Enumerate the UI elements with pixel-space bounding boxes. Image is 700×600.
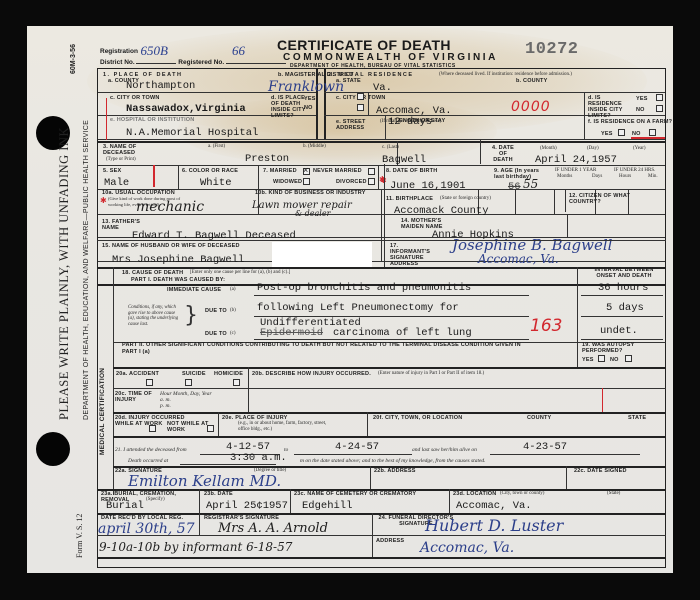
farm-red-mark — [631, 137, 665, 139]
residence-inside-yes-label: YES — [636, 96, 648, 102]
race-label: 6. COLOR OR RACE — [182, 168, 238, 174]
physician-address-label: 22b. ADDRESS — [374, 468, 416, 474]
autopsy-no-label: NO — [610, 357, 619, 363]
citizen-label: 12. CITIZEN OF WHAT COUNTRY? — [569, 193, 639, 205]
interval-a[interactable]: 36 hours — [598, 282, 648, 294]
attended-label: 21. I attended the deceased from — [115, 447, 187, 453]
funeral-address-label: ADDRESS — [376, 538, 404, 544]
agency-label: DEPARTMENT OF HEALTH, EDUCATION, AND WEL… — [83, 120, 90, 420]
cause-c-struck: Epidermoid — [260, 327, 323, 339]
registration-header: Registration District No. 650B Registere… — [100, 48, 286, 66]
residence-county-label: b. COUNTY — [516, 78, 547, 84]
business-label: 10b. KIND OF BUSINESS OR INDUSTRY — [255, 190, 366, 196]
autopsy-label: 19. WAS AUTOPSY PERFORMED? — [582, 342, 646, 354]
month-label: (Month) — [540, 146, 557, 152]
homicide-checkbox[interactable] — [233, 379, 240, 386]
burial-location[interactable]: Accomac, Va. — [456, 500, 532, 512]
registered-label: Registered No. — [178, 59, 224, 66]
describe-injury-label: 20b. DESCRIBE HOW INJURY OCCURRED. — [252, 371, 371, 377]
am-pm-label: a. m. p. m. — [160, 397, 174, 409]
suicide-checkbox[interactable] — [185, 379, 192, 386]
state-label: a. STATE — [336, 78, 361, 84]
binder-hole-bottom — [36, 432, 70, 466]
age-typed: 56 — [508, 181, 521, 193]
death-county[interactable]: Northampton — [126, 80, 195, 92]
marker-c: (c) — [230, 331, 236, 337]
amendment-note: 9-10a-10b by informant 6-18-57 — [99, 540, 292, 554]
death-occurred-label: Death occurred at — [128, 458, 168, 464]
burial-date[interactable]: April 25¢1957 — [206, 500, 288, 512]
marker-b: (b) — [230, 308, 236, 314]
married-checkbox[interactable] — [303, 168, 310, 175]
hours-label: Hours — [619, 174, 631, 180]
middle-name-label: b. (Middle) — [303, 144, 326, 150]
district-label: District No. — [100, 59, 135, 66]
business-line-2: & dealer — [295, 209, 330, 218]
funeral-address: Accomac, Va. — [420, 540, 514, 556]
last-name-label: c. (Last) — [382, 145, 399, 151]
form-code: 60M-3-56 — [70, 44, 77, 74]
min-label: Min. — [648, 174, 658, 180]
attended-to[interactable]: 4-24-57 — [335, 441, 379, 453]
birthplace[interactable]: Accomack County — [394, 205, 489, 217]
months-label: Months — [557, 174, 572, 180]
inside-city-no-checkbox[interactable] — [357, 104, 364, 111]
due-to-c-label: DUE TO — [205, 331, 227, 337]
homicide-label: HOMICIDE — [214, 371, 243, 377]
residence-inside-no-checkbox[interactable] — [656, 105, 663, 112]
city-label: c. CITY OR TOWN — [110, 95, 160, 101]
autopsy-no-checkbox[interactable] — [625, 355, 632, 362]
redacted-field — [272, 242, 372, 267]
funeral-director-signature[interactable]: Hubert D. Luster — [425, 516, 563, 535]
residence-inside-no-label: NO — [636, 107, 645, 113]
farm-no-checkbox[interactable] — [649, 129, 656, 136]
disposition-note: (Specify) — [146, 497, 165, 503]
physician-signature[interactable]: Emilton Kellam MD. — [128, 472, 281, 490]
informant-address: Accomac, Va. — [478, 252, 559, 266]
race-value[interactable]: White — [200, 177, 232, 189]
registrar-signature[interactable]: Mrs A. A. Arnold — [218, 521, 328, 536]
last-seen-label: and last saw her/him alive on — [412, 447, 477, 453]
cause-c-line-2[interactable]: carcinoma of left lung — [333, 327, 472, 339]
ink-instruction: PLEASE WRITE PLAINLY, WITH UNFADING INK — [57, 127, 72, 420]
inside-city-yes-checkbox[interactable] — [357, 93, 364, 100]
interval-c[interactable]: undet. — [600, 325, 638, 337]
residence-inside-yes-checkbox[interactable] — [656, 94, 663, 101]
birthplace-note: (State or foreign country) — [440, 196, 491, 202]
disposition[interactable]: Burial — [106, 500, 144, 512]
autopsy-yes-label: YES — [582, 357, 594, 363]
red-asterisk: ✱ — [100, 196, 107, 205]
date-of-death[interactable]: April 24,1957 — [535, 154, 617, 166]
death-city[interactable]: Nassawadox,Virginia — [126, 103, 246, 115]
last-name[interactable]: Bagwell — [382, 154, 426, 166]
sex-value[interactable]: Male — [104, 177, 129, 189]
farm-label: f. IS RESIDENCE ON A FARM? — [588, 119, 672, 125]
death-time[interactable]: 3:30 a.m. — [230, 452, 287, 464]
conditions-note: Conditions, if any, which gave rise to a… — [128, 305, 183, 327]
red-margin-mark — [106, 98, 107, 140]
accident-checkbox[interactable] — [146, 379, 153, 386]
burial-date-label: 23b. DATE — [204, 491, 233, 497]
date-of-death-label: 4. DATE OF DEATH — [489, 145, 517, 163]
days-label: Days — [592, 174, 602, 180]
residence-city-code: 0000 — [511, 99, 551, 115]
describe-injury-note: (Enter nature of injury in Part I or Par… — [378, 371, 484, 377]
part-2-label: PART II. OTHER SIGNIFICANT CONDITIONS CO… — [122, 342, 522, 355]
widowed-label: WIDOWED — [273, 179, 302, 185]
hospital-name[interactable]: N.A.Memorial Hospital — [126, 127, 258, 139]
day-label: (Day) — [587, 146, 599, 152]
inside-city-no-label: NO — [304, 105, 313, 111]
magisterial-district[interactable]: Franklown — [268, 79, 344, 95]
marker-a: (a) — [230, 287, 236, 293]
place-of-injury-note: (e.g., in or about home, farm, factory, … — [238, 421, 338, 432]
year-label: (Year) — [633, 146, 646, 152]
birth-date-label: 8. DATE OF BIRTH — [386, 168, 437, 174]
cemetery[interactable]: Edgehill — [302, 500, 352, 512]
under-day-label: IF UNDER 24 HRS. — [614, 168, 655, 174]
widowed-checkbox[interactable] — [303, 178, 310, 185]
birthplace-label: 11. BIRTHPLACE — [386, 196, 433, 202]
cause-note: [Enter only one cause per line for (a), … — [190, 270, 290, 276]
farm-yes-checkbox[interactable] — [618, 129, 625, 136]
medical-certification-label: MEDICAL CERTIFICATION — [99, 368, 106, 455]
cause-code: 163 — [530, 316, 562, 336]
jurisdiction: COMMONWEALTH OF VIRGINIA — [283, 52, 498, 63]
registered-number: 66 — [232, 47, 245, 54]
residence-inside-city-label: d. IS RESIDENCE INSIDE CITY LIMITS? — [588, 95, 636, 119]
under-year-label: IF UNDER 1 YEAR — [555, 168, 596, 174]
cause-a[interactable]: Post-op bronchitis and pneumonitis — [257, 282, 471, 294]
injury-city-label: 20f. CITY, TOWN, OR LOCATION — [373, 415, 462, 421]
not-at-work-checkbox[interactable] — [207, 425, 214, 432]
brace: } — [184, 306, 198, 326]
name-note: (Type or Print) — [106, 157, 136, 163]
spouse-label: 15. NAME OF HUSBAND OR WIFE OF DECEASED — [102, 243, 240, 249]
sex-label: 5. SEX — [103, 168, 121, 174]
divorced-label: DIVORCED — [336, 179, 367, 185]
last-seen-date[interactable]: 4-23-57 — [523, 441, 567, 453]
due-to-b-label: DUE TO — [205, 308, 227, 314]
spouse-name[interactable]: Mrs Josephine Bagwell — [112, 254, 244, 266]
first-name[interactable]: Preston — [245, 153, 289, 165]
part-1-label: PART I. DEATH WAS CAUSED BY: — [131, 277, 225, 283]
interval-b[interactable]: 5 days — [606, 302, 644, 314]
location-state-label: (State) — [607, 491, 620, 497]
inside-city-yes-label: YES — [304, 96, 316, 102]
never-married-checkbox[interactable] — [368, 168, 375, 175]
divorced-checkbox[interactable] — [368, 178, 375, 185]
red-margin-mark — [602, 388, 603, 412]
married-label: 7. MARRIED — [263, 168, 297, 174]
informant-label: 17. INFORMANT'S SIGNATURE ADDRESS — [390, 243, 438, 267]
district-number: 650B — [140, 47, 167, 54]
suicide-label: SUICIDE — [182, 371, 206, 377]
cause-label: 18. CAUSE OF DEATH — [122, 270, 183, 276]
interval-label: INTERVAL BETWEEN ONSET AND DEATH — [588, 267, 660, 279]
death-occurred-tail: m on the date stated above; and to the b… — [300, 458, 486, 464]
first-name-label: a. (First) — [208, 144, 225, 150]
autopsy-yes-checkbox[interactable] — [598, 355, 605, 362]
location-note: (City, town or county) — [500, 491, 544, 497]
residence-state[interactable]: Va. — [373, 82, 392, 94]
occupation[interactable]: mechanic — [136, 199, 204, 215]
immediate-cause-label: IMMEDIATE CAUSE — [167, 287, 221, 293]
name-label: 3. NAME OF DECEASED — [103, 144, 153, 156]
at-work-checkbox[interactable] — [149, 425, 156, 432]
cemetery-label: 23c. NAME OF CEMETERY OR CREMATORY — [294, 491, 416, 497]
red-margin-mark — [153, 165, 155, 187]
farm-yes-label: YES — [601, 131, 613, 137]
date-signed-label: 22c. DATE SIGNED — [574, 468, 627, 474]
certificate-title: CERTIFICATE OF DEATH — [277, 37, 451, 53]
length-of-stay[interactable]: 12 days — [388, 116, 432, 128]
not-at-work-label: NOT WHILE AT WORK — [167, 421, 209, 433]
time-of-injury-label: 20c. TIME OF INJURY — [115, 391, 153, 403]
serial-number: 10272 — [525, 40, 579, 59]
birth-date[interactable]: June 16,1901 — [390, 180, 466, 192]
cause-b[interactable]: following Left Pneumonectomy for — [257, 302, 459, 314]
age-corrected[interactable]: 55 — [523, 177, 538, 191]
injury-state-label: STATE — [628, 415, 646, 421]
form-number: Form V. S. 12 — [75, 514, 84, 558]
accident-label: 20a. ACCIDENT — [116, 371, 159, 377]
hospital-label: e. HOSPITAL OR INSTITUTION — [110, 117, 194, 123]
street-label: e. STREET ADDRESS — [336, 119, 370, 131]
injury-county-label: COUNTY — [527, 415, 551, 421]
usual-residence-note: (Where deceased lived. If institution: r… — [439, 72, 572, 78]
never-married-label: NEVER MARRIED — [313, 168, 362, 174]
registration-label: Registration — [100, 48, 286, 55]
location-label: 23d. LOCATION — [453, 491, 496, 497]
